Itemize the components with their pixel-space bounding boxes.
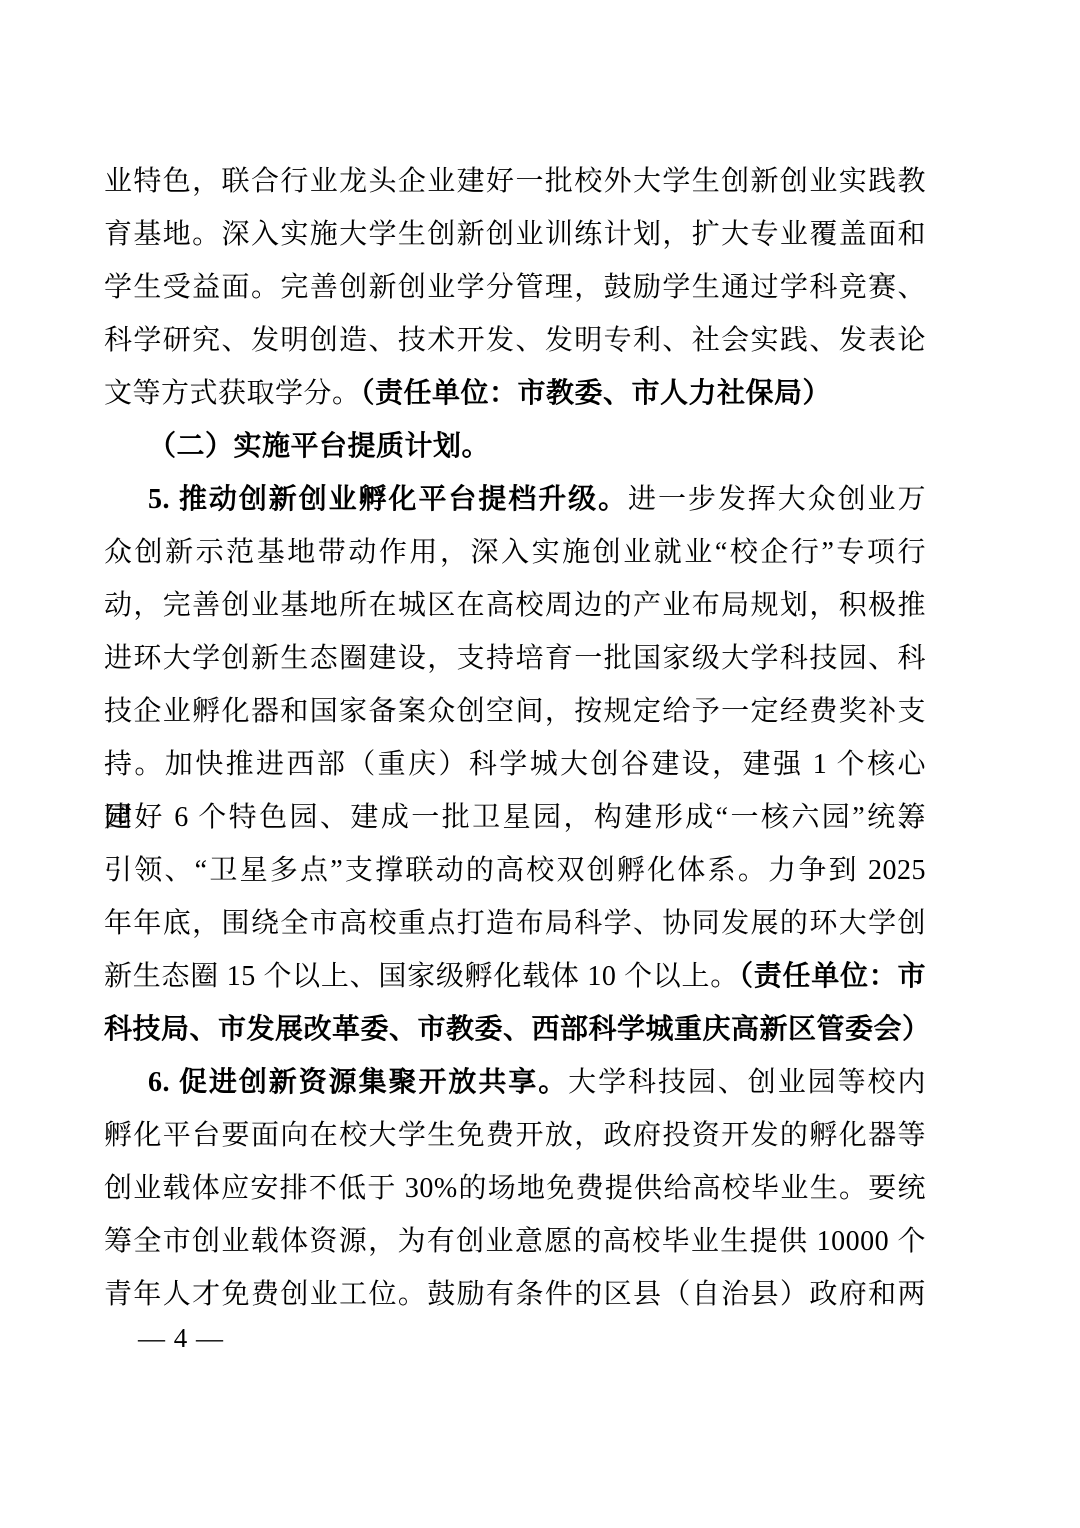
text-line: 动，完善创业基地所在城区在高校周边的产业布局规划，积极推 (104, 579, 926, 632)
page-footer: — 4 — (138, 1318, 224, 1358)
emphasis-text-run: 6. 促进创新资源集聚开放共享。 (148, 1067, 568, 1098)
text-line: 科学研究、发明创造、技术开发、发明专利、社会实践、发表论 (104, 314, 926, 367)
text-run: 孵化平台要面向在校大学生免费开放，政府投资开发的孵化器等 (104, 1120, 926, 1151)
text-run: 青年人才免费创业工位。鼓励有条件的区县（自治县）政府和两 (104, 1279, 926, 1310)
emphasis-text-run: （责任单位：市教委、市人力社保局） (361, 378, 832, 409)
text-line: 进环大学创新生态圈建设，支持培育一批国家级大学科技园、科 (104, 632, 926, 685)
text-run: 进环大学创新生态圈建设，支持培育一批国家级大学科技园、科 (104, 643, 926, 674)
text-run: 大学科技园、创业园等校内 (568, 1067, 926, 1098)
text-line: 孵化平台要面向在校大学生免费开放，政府投资开发的孵化器等 (104, 1109, 926, 1162)
text-line: 学生受益面。完善创新创业学分管理，鼓励学生通过学科竞赛、 (104, 261, 926, 314)
text-line: 育基地。深入实施大学生创新创业训练计划，扩大专业覆盖面和 (104, 208, 926, 261)
text-line: 青年人才免费创业工位。鼓励有条件的区县（自治县）政府和两 (104, 1268, 926, 1321)
emphasis-text-run: （责任单位：市 (739, 961, 926, 992)
text-run: 文等方式获取学分。 (104, 378, 361, 409)
document-page: 业特色，联合行业龙头企业建好一批校外大学生创新创业实践教育基地。深入实施大学生创… (0, 0, 1080, 1528)
text-line: （二）实施平台提质计划。 (104, 420, 926, 473)
text-line: 5. 推动创新创业孵化平台提档升级。进一步发挥大众创业万 (104, 473, 926, 526)
text-line: 业特色，联合行业龙头企业建好一批校外大学生创新创业实践教 (104, 155, 926, 208)
emphasis-text-run: （二）实施平台提质计划。 (148, 431, 490, 462)
document-body: 业特色，联合行业龙头企业建好一批校外大学生创新创业实践教育基地。深入实施大学生创… (104, 155, 926, 1321)
text-line: 文等方式获取学分。（责任单位：市教委、市人力社保局） (104, 367, 926, 420)
text-line: 技企业孵化器和国家备案众创空间，按规定给予一定经费奖补支 (104, 685, 926, 738)
text-run: 育基地。深入实施大学生创新创业训练计划，扩大专业覆盖面和 (104, 219, 926, 250)
text-run: 建好 6 个特色园、建成一批卫星园，构建形成“一核六园”统筹 (104, 802, 926, 833)
text-line: 众创新示范基地带动作用，深入实施创业就业“校企行”专项行 (104, 526, 926, 579)
text-run: 创业载体应安排不低于 30%的场地免费提供给高校毕业生。要统 (104, 1173, 926, 1204)
text-run: 业特色，联合行业龙头企业建好一批校外大学生创新创业实践教 (104, 166, 926, 197)
text-run: 筹全市创业载体资源，为有创业意愿的高校毕业生提供 10000 个 (104, 1226, 926, 1257)
text-line: 持。加快推进西部（重庆）科学城大创谷建设，建强 1 个核心园、 (104, 738, 926, 791)
text-line: 引领、“卫星多点”支撑联动的高校双创孵化体系。力争到 2025 (104, 844, 926, 897)
text-run: 技企业孵化器和国家备案众创空间，按规定给予一定经费奖补支 (104, 696, 926, 727)
text-run: 众创新示范基地带动作用，深入实施创业就业“校企行”专项行 (104, 537, 926, 568)
page-number: — 4 — (138, 1323, 224, 1353)
text-line: 创业载体应安排不低于 30%的场地免费提供给高校毕业生。要统 (104, 1162, 926, 1215)
text-line: 筹全市创业载体资源，为有创业意愿的高校毕业生提供 10000 个 (104, 1215, 926, 1268)
text-run: 科学研究、发明创造、技术开发、发明专利、社会实践、发表论 (104, 325, 926, 356)
text-line: 新生态圈 15 个以上、国家级孵化载体 10 个以上。（责任单位：市 (104, 950, 926, 1003)
text-line: 6. 促进创新资源集聚开放共享。大学科技园、创业园等校内 (104, 1056, 926, 1109)
text-line: 年年底，围绕全市高校重点打造布局科学、协同发展的环大学创 (104, 897, 926, 950)
text-run: 学生受益面。完善创新创业学分管理，鼓励学生通过学科竞赛、 (104, 272, 926, 303)
text-run: 进一步发挥大众创业万 (628, 484, 926, 515)
text-run: 引领、“卫星多点”支撑联动的高校双创孵化体系。力争到 2025 (104, 855, 926, 886)
text-run: 动，完善创业基地所在城区在高校周边的产业布局规划，积极推 (104, 590, 926, 621)
text-run: 年年底，围绕全市高校重点打造布局科学、协同发展的环大学创 (104, 908, 926, 939)
text-line: 科技局、市发展改革委、市教委、西部科学城重庆高新区管委会） (104, 1003, 926, 1056)
emphasis-text-run: 科技局、市发展改革委、市教委、西部科学城重庆高新区管委会） (104, 1014, 931, 1045)
emphasis-text-run: 5. 推动创新创业孵化平台提档升级。 (148, 484, 628, 515)
text-run: 新生态圈 15 个以上、国家级孵化载体 10 个以上。 (104, 961, 739, 992)
text-line: 建好 6 个特色园、建成一批卫星园，构建形成“一核六园”统筹 (104, 791, 926, 844)
